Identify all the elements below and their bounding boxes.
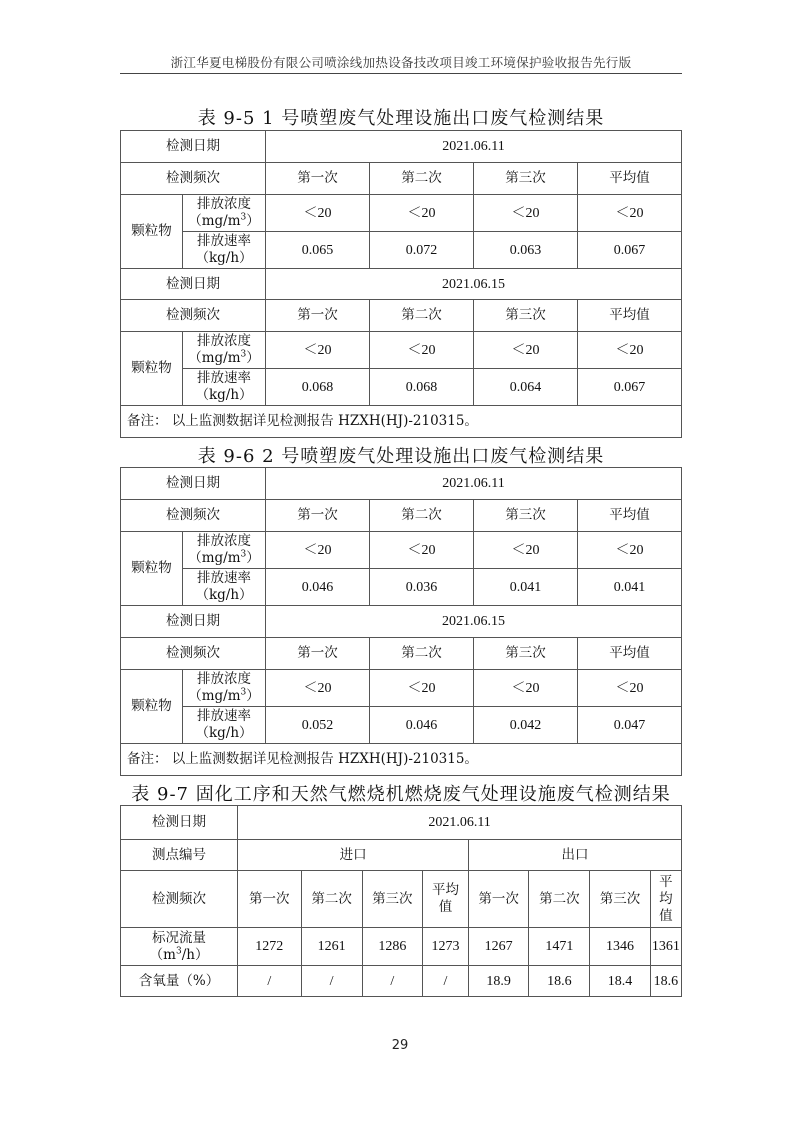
cell: 0.047 (578, 707, 682, 744)
table-note: 备注： 以上监测数据详见检测报告 HZXH(HJ)-210315。 (121, 744, 682, 776)
table-9-5-caption: 表 9-5 1 号喷塑废气处理设施出口废气检测结果 (120, 104, 682, 130)
freq-label: 检测频次 (121, 163, 266, 195)
freq-label: 检测频次 (121, 500, 266, 532)
rate-unit: （kg/h） (195, 250, 252, 266)
rate-label: 排放速率（kg/h） (183, 369, 266, 406)
freq-label: 检测频次 (121, 871, 238, 928)
table-row: 颗粒物 排放浓度（mg/m3） ＜20 ＜20 ＜20 ＜20 (121, 670, 682, 707)
conc-unit-end: ） (246, 350, 260, 366)
cell: ＜20 (370, 332, 474, 369)
conc-unit: （mg/m (188, 550, 240, 566)
rate-label: 排放速率（kg/h） (183, 232, 266, 269)
cell: 0.067 (578, 369, 682, 406)
conc-unit-end: ） (246, 688, 260, 704)
cell: 0.064 (474, 369, 578, 406)
rate-unit: （kg/h） (195, 387, 252, 403)
rate-text: 排放速率 (197, 570, 251, 586)
table-row: 排放速率（kg/h） 0.068 0.068 0.064 0.067 (121, 369, 682, 406)
flow-label: 标况流量（m3/h） (121, 928, 238, 966)
cell: ＜20 (578, 532, 682, 569)
date-value: 2021.06.15 (266, 269, 682, 300)
pollutant-label: 颗粒物 (121, 332, 183, 406)
date-value: 2021.06.15 (266, 606, 682, 638)
rate-text: 排放速率 (197, 233, 251, 249)
cell: ＜20 (370, 195, 474, 232)
col-header: 第一次 (266, 300, 370, 332)
col-header: 平均值 (578, 163, 682, 195)
outlet-header: 出口 (469, 840, 682, 871)
cell: ＜20 (474, 332, 578, 369)
col-header: 第三次 (590, 871, 650, 928)
table-row: 检测日期 2021.06.11 (121, 131, 682, 163)
cell: 1261 (301, 928, 362, 966)
cell: 1267 (469, 928, 529, 966)
col-header: 第二次 (301, 871, 362, 928)
cell: ＜20 (474, 670, 578, 707)
table-9-7: 检测日期 2021.06.11 测点编号 进口 出口 检测频次 第一次 第二次 … (120, 805, 682, 997)
table-row: 检测日期 2021.06.11 (121, 806, 682, 840)
cell: 0.068 (370, 369, 474, 406)
cell: ＜20 (266, 195, 370, 232)
cell: 0.041 (578, 569, 682, 606)
col-header: 平均值 (650, 871, 681, 928)
col-header: 第一次 (266, 163, 370, 195)
rate-label: 排放速率（kg/h） (183, 707, 266, 744)
cell: ＜20 (266, 332, 370, 369)
col-header: 第二次 (370, 500, 474, 532)
col-header: 第二次 (370, 638, 474, 670)
cell: 0.065 (266, 232, 370, 269)
cell: ＜20 (578, 195, 682, 232)
cell: / (422, 966, 468, 997)
table-row: 含氧量（%） / / / / 18.9 18.6 18.4 18.6 (121, 966, 682, 997)
table-note: 备注： 以上监测数据详见检测报告 HZXH(HJ)-210315。 (121, 406, 682, 438)
table-row: 备注： 以上监测数据详见检测报告 HZXH(HJ)-210315。 (121, 406, 682, 438)
rate-unit: （kg/h） (195, 587, 252, 603)
pollutant-label: 颗粒物 (121, 532, 183, 606)
cell: ＜20 (266, 670, 370, 707)
col-header: 第一次 (238, 871, 301, 928)
flow-text: 标况流量 (152, 930, 206, 946)
conc-unit: （mg/m (188, 350, 240, 366)
col-header: 第一次 (469, 871, 529, 928)
cell: / (238, 966, 301, 997)
table-row: 测点编号 进口 出口 (121, 840, 682, 871)
col-header: 平均值 (578, 638, 682, 670)
conc-unit-end: ） (246, 550, 260, 566)
point-label: 测点编号 (121, 840, 238, 871)
freq-label: 检测频次 (121, 300, 266, 332)
cell: 0.072 (370, 232, 474, 269)
cell: 0.052 (266, 707, 370, 744)
table-row: 检测频次 第一次 第二次 第三次 平均值 第一次 第二次 第三次 平均值 (121, 871, 682, 928)
table-row: 排放速率（kg/h） 0.065 0.072 0.063 0.067 (121, 232, 682, 269)
flow-unit: （m (150, 947, 176, 963)
cell: 18.6 (650, 966, 681, 997)
date-label: 检测日期 (121, 806, 238, 840)
conc-text: 排放浓度 (197, 533, 251, 549)
cell: 1471 (529, 928, 590, 966)
cell: 0.042 (474, 707, 578, 744)
table-row: 检测频次 第一次 第二次 第三次 平均值 (121, 300, 682, 332)
cell: 18.4 (590, 966, 650, 997)
table-row: 标况流量（m3/h） 1272 1261 1286 1273 1267 1471… (121, 928, 682, 966)
col-header: 第一次 (266, 500, 370, 532)
cell: 18.6 (529, 966, 590, 997)
cell: / (362, 966, 422, 997)
table-row: 颗粒物 排放浓度（mg/m3） ＜20 ＜20 ＜20 ＜20 (121, 532, 682, 569)
cell: 0.063 (474, 232, 578, 269)
oxygen-label: 含氧量（%） (121, 966, 238, 997)
date-value: 2021.06.11 (238, 806, 682, 840)
rate-text: 排放速率 (197, 370, 251, 386)
col-header: 第一次 (266, 638, 370, 670)
conc-label: 排放浓度（mg/m3） (183, 532, 266, 569)
table-9-6: 检测日期 2021.06.11 检测频次 第一次 第二次 第三次 平均值 颗粒物… (120, 467, 682, 776)
table-row: 备注： 以上监测数据详见检测报告 HZXH(HJ)-210315。 (121, 744, 682, 776)
col-header: 第二次 (529, 871, 590, 928)
cell: 0.067 (578, 232, 682, 269)
conc-unit: （mg/m (188, 213, 240, 229)
table-row: 检测频次 第一次 第二次 第三次 平均值 (121, 638, 682, 670)
page-number: 29 (0, 1038, 800, 1053)
cell: 0.068 (266, 369, 370, 406)
rate-label: 排放速率（kg/h） (183, 569, 266, 606)
col-header: 平均值 (578, 300, 682, 332)
date-label: 检测日期 (121, 468, 266, 500)
col-header: 第三次 (474, 638, 578, 670)
date-value: 2021.06.11 (266, 468, 682, 500)
cell: 1286 (362, 928, 422, 966)
header-divider (120, 73, 682, 74)
conc-text: 排放浓度 (197, 196, 251, 212)
cell: 1361 (650, 928, 681, 966)
table-9-6-caption: 表 9-6 2 号喷塑废气处理设施出口废气检测结果 (120, 442, 682, 468)
table-row: 检测日期 2021.06.15 (121, 606, 682, 638)
date-label: 检测日期 (121, 131, 266, 163)
date-value: 2021.06.11 (266, 131, 682, 163)
table-row: 排放速率（kg/h） 0.052 0.046 0.042 0.047 (121, 707, 682, 744)
cell: 18.9 (469, 966, 529, 997)
freq-label: 检测频次 (121, 638, 266, 670)
pollutant-label: 颗粒物 (121, 670, 183, 744)
table-row: 检测日期 2021.06.11 (121, 468, 682, 500)
cell: ＜20 (266, 532, 370, 569)
table-row: 检测频次 第一次 第二次 第三次 平均值 (121, 163, 682, 195)
table-row: 颗粒物 排放浓度（mg/m3） ＜20 ＜20 ＜20 ＜20 (121, 195, 682, 232)
cell: / (301, 966, 362, 997)
table-row: 颗粒物 排放浓度（mg/m3） ＜20 ＜20 ＜20 ＜20 (121, 332, 682, 369)
cell: 0.046 (370, 707, 474, 744)
col-header: 平均值 (578, 500, 682, 532)
cell: 0.041 (474, 569, 578, 606)
cell: ＜20 (370, 670, 474, 707)
cell: 0.036 (370, 569, 474, 606)
date-label: 检测日期 (121, 269, 266, 300)
cell: ＜20 (370, 532, 474, 569)
cell: ＜20 (474, 532, 578, 569)
col-header: 第三次 (474, 300, 578, 332)
conc-unit-end: ） (246, 213, 260, 229)
conc-label: 排放浓度（mg/m3） (183, 195, 266, 232)
conc-unit: （mg/m (188, 688, 240, 704)
date-label: 检测日期 (121, 606, 266, 638)
col-header: 第二次 (370, 163, 474, 195)
col-header: 平均值 (422, 871, 468, 928)
cell: ＜20 (474, 195, 578, 232)
rate-text: 排放速率 (197, 708, 251, 724)
conc-label: 排放浓度（mg/m3） (183, 670, 266, 707)
conc-text: 排放浓度 (197, 333, 251, 349)
cell: 1272 (238, 928, 301, 966)
flow-unit-end: /h） (182, 947, 209, 963)
cell: ＜20 (578, 670, 682, 707)
col-header: 第三次 (474, 500, 578, 532)
rate-unit: （kg/h） (195, 725, 252, 741)
conc-text: 排放浓度 (197, 671, 251, 687)
pollutant-label: 颗粒物 (121, 195, 183, 269)
col-header: 第三次 (474, 163, 578, 195)
cell: 1346 (590, 928, 650, 966)
col-header: 第三次 (362, 871, 422, 928)
cell: ＜20 (578, 332, 682, 369)
table-row: 检测日期 2021.06.15 (121, 269, 682, 300)
conc-label: 排放浓度（mg/m3） (183, 332, 266, 369)
table-row: 检测频次 第一次 第二次 第三次 平均值 (121, 500, 682, 532)
cell: 0.046 (266, 569, 370, 606)
table-9-7-caption: 表 9-7 固化工序和天然气燃烧机燃烧废气处理设施废气检测结果 (120, 780, 682, 806)
table-9-5: 检测日期 2021.06.11 检测频次 第一次 第二次 第三次 平均值 颗粒物… (120, 130, 682, 438)
col-header: 第二次 (370, 300, 474, 332)
table-row: 排放速率（kg/h） 0.046 0.036 0.041 0.041 (121, 569, 682, 606)
inlet-header: 进口 (238, 840, 469, 871)
cell: 1273 (422, 928, 468, 966)
page-header: 浙江华夏电梯股份有限公司喷涂线加热设备技改项目竣工环境保护验收报告先行版 (120, 53, 682, 71)
